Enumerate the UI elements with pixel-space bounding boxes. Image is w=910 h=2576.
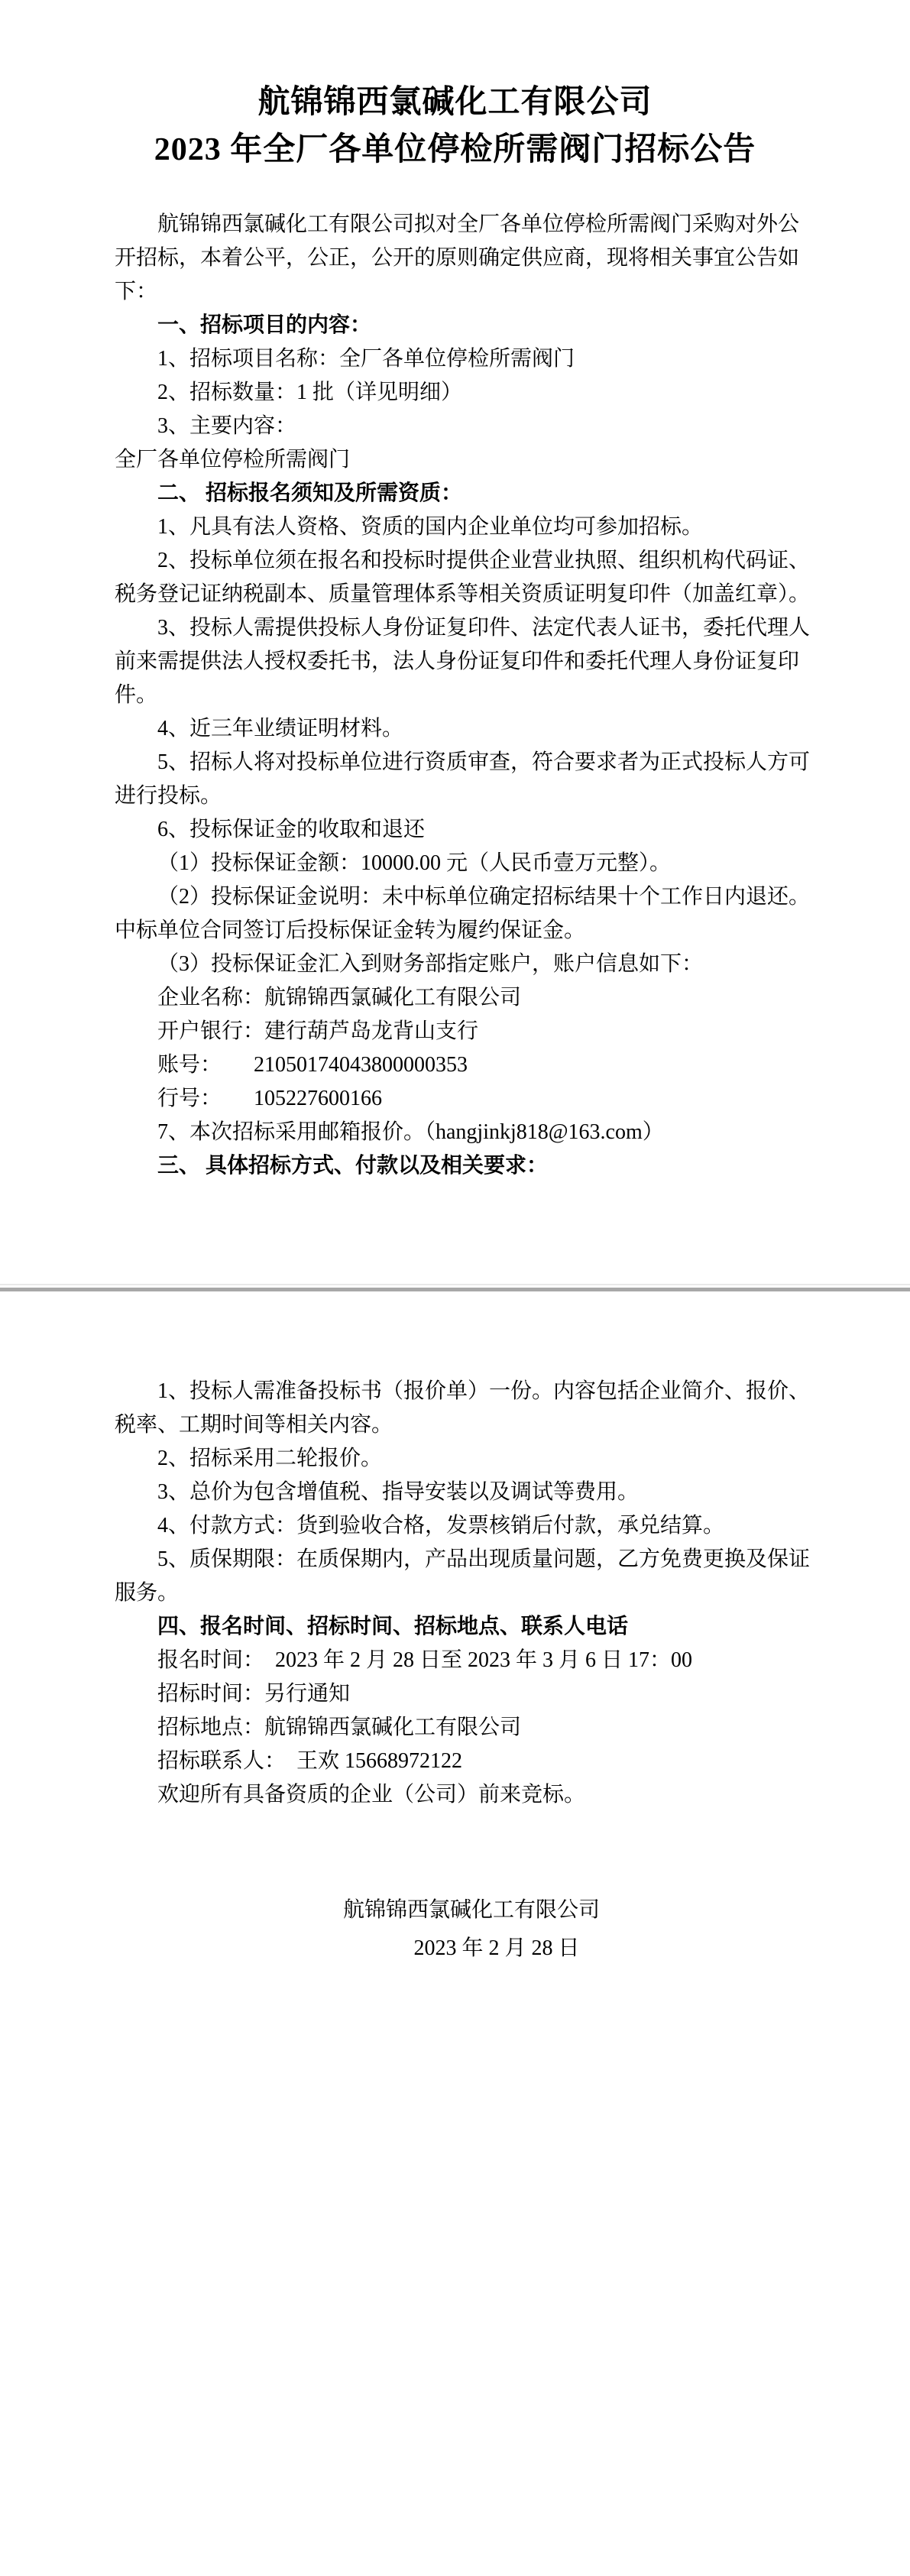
page-break-divider [0,1288,910,1291]
doc-heading-2: 二、 招标报名须知及所需资质： [115,477,802,510]
doc-line: 1、凡具有法人资格、资质的国内企业单位均可参加招标。 [115,510,802,544]
doc-line: 中标单位合同签订后投标保证金转为履约保证金。 [115,914,802,948]
doc-line: 2、招标采用二轮报价。 [115,1442,802,1476]
doc-line: 件。 [115,679,802,712]
doc-heading-1: 一、招标项目的内容： [115,309,802,342]
bid-time-line: 招标时间：另行通知 [115,1677,802,1711]
doc-line: （2）投标保证金说明：未中标单位确定招标结果十个工作日内退还。 [115,880,802,914]
doc-line: 航锦锦西氯碱化工有限公司拟对全厂各单位停检所需阀门采购对外公 [115,208,802,241]
document-title: 航锦锦西氯碱化工有限公司 2023 年全厂各单位停检所需阀门招标公告 [0,79,910,173]
contact-line: 招标联系人： 王欢 15668972122 [115,1745,802,1778]
doc-line: 全厂各单位停检所需阀门 [115,443,802,477]
doc-line: 6、投标保证金的收取和退还 [115,813,802,847]
doc-line: 开户银行：建行葫芦岛龙背山支行 [115,1015,802,1048]
signature-company: 航锦锦西氯碱化工有限公司 [115,1894,802,1927]
signature-date: 2023 年 2 月 28 日 [115,1932,802,1965]
doc-line: 税务登记证纳税副本、质量管理体系等相关资质证明复印件（加盖红章）。 [115,578,802,611]
page-break-divider-light [0,1284,910,1285]
page-2-content: 1、投标人需准备投标书（报价单）一份。内容包括企业简介、报价、 税率、工期时间等… [115,1375,802,1812]
doc-line: 3、总价为包含增值税、指导安装以及调试等费用。 [115,1476,802,1509]
doc-line: 下： [115,275,802,309]
bank-code-line: 行号： 105227600166 [115,1082,802,1116]
doc-line: 2、投标单位须在报名和投标时提供企业营业执照、组织机构代码证、 [115,544,802,578]
bid-email-line: 7、本次招标采用邮箱报价。（hangjinkj818@163.com） [115,1116,802,1149]
doc-line: 3、投标人需提供投标人身份证复印件、法定代表人证书，委托代理人 [115,611,802,645]
doc-line: 2、招标数量：1 批（详见明细） [115,376,802,410]
account-number-line: 账号： 21050174043800000353 [115,1048,802,1082]
doc-line: 欢迎所有具备资质的企业（公司）前来竞标。 [115,1778,802,1812]
signup-time-line: 报名时间： 2023 年 2 月 28 日至 2023 年 3 月 6 日 17… [115,1644,802,1677]
doc-line: （1）投标保证金额：10000.00 元（人民币壹万元整）。 [115,847,802,880]
doc-line: 服务。 [115,1576,802,1610]
doc-line: 4、近三年业绩证明材料。 [115,712,802,746]
title-line-2: 2023 年全厂各单位停检所需阀门招标公告 [0,126,910,173]
title-line-1: 航锦锦西氯碱化工有限公司 [0,79,910,126]
doc-line: 1、投标人需准备投标书（报价单）一份。内容包括企业简介、报价、 [115,1375,802,1408]
doc-line: （3）投标保证金汇入到财务部指定账户，账户信息如下： [115,948,802,981]
doc-heading-4: 四、报名时间、招标时间、招标地点、联系人电话 [115,1610,802,1644]
doc-heading-3: 三、 具体招标方式、付款以及相关要求： [115,1149,802,1183]
doc-line: 5、招标人将对投标单位进行资质审查，符合要求者为正式投标人方可 [115,746,802,779]
page-1-content: 航锦锦西氯碱化工有限公司拟对全厂各单位停检所需阀门采购对外公 开招标，本着公平，… [115,208,802,1183]
doc-line: 前来需提供法人授权委托书，法人身份证复印件和委托代理人身份证复印 [115,645,802,679]
doc-line: 4、付款方式：货到验收合格，发票核销后付款，承兑结算。 [115,1509,802,1543]
bid-location-line: 招标地点：航锦锦西氯碱化工有限公司 [115,1711,802,1745]
doc-line: 3、主要内容： [115,410,802,443]
doc-line: 企业名称：航锦锦西氯碱化工有限公司 [115,981,802,1015]
doc-line: 开招标，本着公平，公正，公开的原则确定供应商，现将相关事宜公告如 [115,241,802,275]
signature-block: 航锦锦西氯碱化工有限公司 2023 年 2 月 28 日 [115,1894,802,1965]
doc-line: 1、招标项目名称：全厂各单位停检所需阀门 [115,342,802,376]
doc-line: 税率、工期时间等相关内容。 [115,1408,802,1442]
doc-line: 进行投标。 [115,779,802,813]
doc-line: 5、质保期限：在质保期内，产品出现质量问题，乙方免费更换及保证 [115,1543,802,1576]
